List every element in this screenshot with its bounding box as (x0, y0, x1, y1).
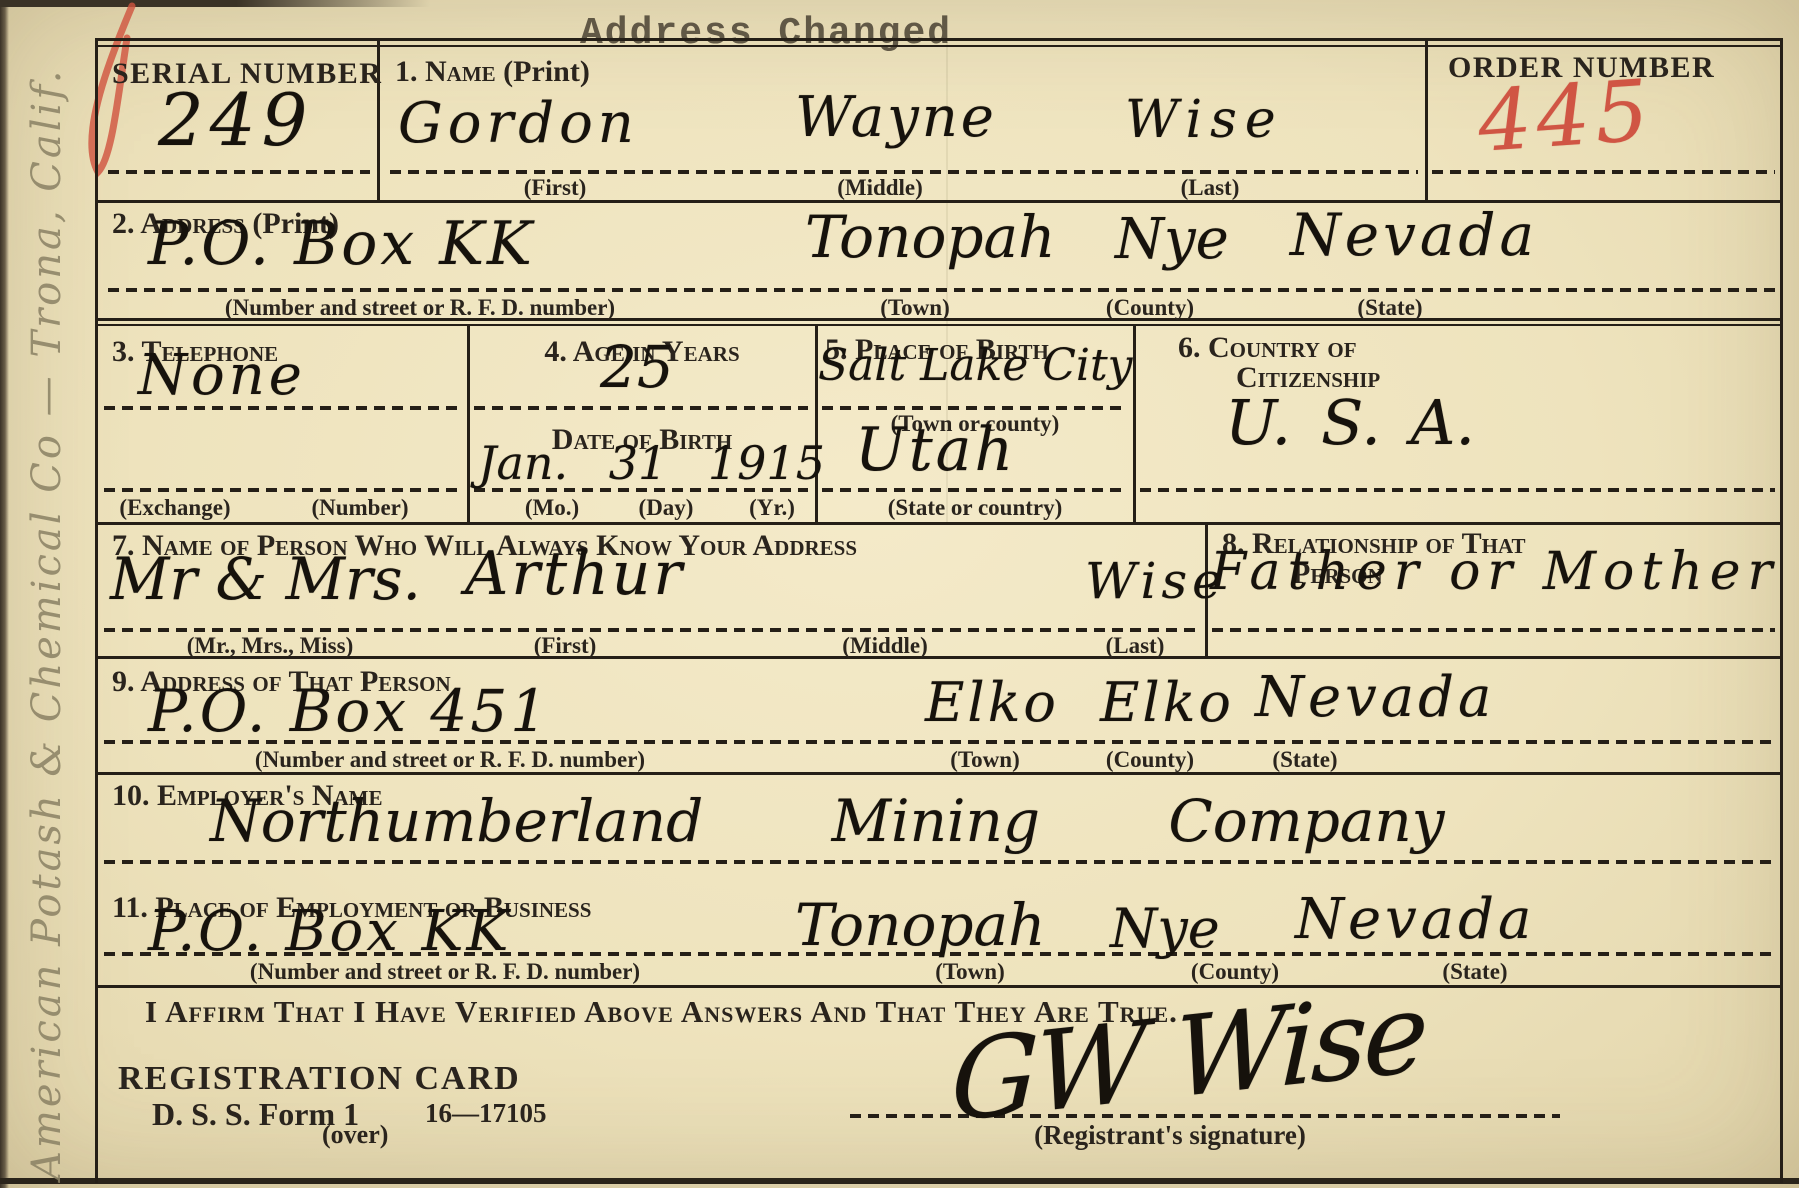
serial-number-value: 249 (158, 84, 313, 156)
entry-line-address (108, 288, 1775, 292)
entry-line-birth-town (822, 406, 1126, 410)
sub-contact-first: (First) (534, 634, 597, 657)
row-divider (95, 522, 1782, 525)
over-note: (over) (322, 1120, 388, 1150)
sub-street: (Number and street or R. F. D. number) (225, 296, 615, 319)
employment-street-value: P.O. Box KK (148, 904, 511, 960)
relationship-value: Father or Mother (1210, 546, 1779, 598)
telephone-value: None (138, 348, 306, 404)
name-label: 1. Name (Print) (395, 56, 590, 88)
card-title: Registration Card (118, 1060, 521, 1098)
entry-line-name (390, 170, 1418, 174)
scan-edge-bottom (0, 1178, 1799, 1184)
sub-number: (Number) (311, 496, 408, 519)
sub-contact-last: (Last) (1106, 634, 1165, 657)
sub-contact-middle: (Middle) (842, 634, 928, 657)
birthplace-town-value: Salt Lake City (818, 344, 1133, 388)
scan-edge-left (0, 0, 9, 1188)
employment-county-value: Nye (1110, 902, 1220, 956)
sub-contact-title: (Mr., Mrs., Miss) (187, 634, 354, 657)
entry-line-serial (108, 170, 370, 174)
entry-line-contact-name (104, 628, 1198, 632)
sub-contact-county: (County) (1106, 748, 1194, 771)
column-divider (1425, 40, 1428, 200)
address-county-value: Nye (1115, 212, 1229, 268)
sub-yr: (Yr.) (749, 496, 795, 519)
row-divider (95, 324, 1782, 326)
employer-value: Northumberland Mining Company (210, 792, 1445, 850)
sub-employment-town: (Town) (935, 960, 1004, 983)
address-town-value: Tonopah (805, 208, 1055, 266)
sub-day: (Day) (639, 496, 694, 519)
registration-card-scan: American Potash & Chemical Co — Trona, C… (0, 0, 1799, 1188)
column-divider (1133, 324, 1136, 522)
citizenship-value: U. S. A. (1225, 392, 1475, 454)
name-middle-value: Wayne (795, 90, 997, 146)
entry-line-telephone-2 (104, 488, 460, 492)
name-last-value: Wise (1125, 94, 1284, 146)
contact-first-value: Arthur (465, 544, 685, 604)
sub-registrant-signature: (Registrant's signature) (1034, 1122, 1306, 1149)
print-code: 16—17105 (425, 1098, 547, 1129)
sub-mo: (Mo.) (525, 496, 579, 519)
sub-exchange: (Exchange) (119, 496, 230, 519)
contact-last-value: Wise (1085, 556, 1227, 606)
column-divider (467, 324, 470, 522)
address-changed-note: Address Changed (580, 12, 952, 55)
entry-line-age (474, 406, 808, 410)
row-divider (95, 985, 1782, 988)
sub-employment-state: (State) (1442, 960, 1507, 983)
card-top-rule-2 (95, 45, 1782, 47)
card-top-rule (95, 38, 1782, 41)
contact-street-value: P.O. Box 451 (148, 682, 550, 740)
sub-employment-street: (Number and street or R. F. D. number) (250, 960, 640, 983)
sub-birth-state: (State or country) (888, 496, 1063, 519)
entry-line-citizenship (1140, 488, 1775, 492)
dob-value: Jan. 31 1915 (478, 440, 825, 486)
employment-state-value: Nevada (1295, 892, 1535, 948)
sub-employment-county: (County) (1191, 960, 1279, 983)
row-divider (95, 772, 1782, 775)
margin-note: American Potash & Chemical Co — Trona, C… (24, 50, 70, 1180)
citizenship-label-line1: 6. Country of (1178, 332, 1357, 364)
entry-line-birth-state (822, 488, 1126, 492)
sub-contact-state: (State) (1272, 748, 1337, 771)
sub-first: (First) (524, 176, 587, 199)
entry-line-employer (104, 860, 1775, 864)
birthplace-state-value: Utah (855, 420, 1016, 480)
card-left-rule (95, 38, 98, 1183)
sub-last: (Last) (1181, 176, 1240, 199)
employment-town-value: Tonopah (795, 896, 1045, 954)
name-label-main: 1. Name (395, 55, 496, 88)
sub-town: (Town) (880, 296, 949, 319)
sub-middle: (Middle) (837, 176, 923, 199)
sub-county: (County) (1106, 296, 1194, 319)
sub-state: (State) (1357, 296, 1422, 319)
contact-state-value: Nevada (1255, 670, 1495, 726)
red-check-mark (28, 0, 158, 210)
sub-contact-street: (Number and street or R. F. D. number) (255, 748, 645, 771)
entry-line-relationship (1212, 628, 1775, 632)
contact-county-value: Elko (1100, 676, 1234, 730)
order-number-value: 445 (1475, 68, 1656, 164)
address-state-value: Nevada (1290, 206, 1538, 264)
sub-contact-town: (Town) (950, 748, 1019, 771)
age-value: 25 (600, 338, 674, 396)
name-label-suffix: (Print) (503, 55, 590, 88)
contact-town-value: Elko (925, 676, 1059, 730)
contact-title-value: Mr & Mrs. (110, 550, 421, 608)
name-first-value: Gordon (398, 96, 639, 152)
address-street-value: P.O. Box KK (148, 214, 535, 274)
card-right-rule (1780, 38, 1783, 1183)
